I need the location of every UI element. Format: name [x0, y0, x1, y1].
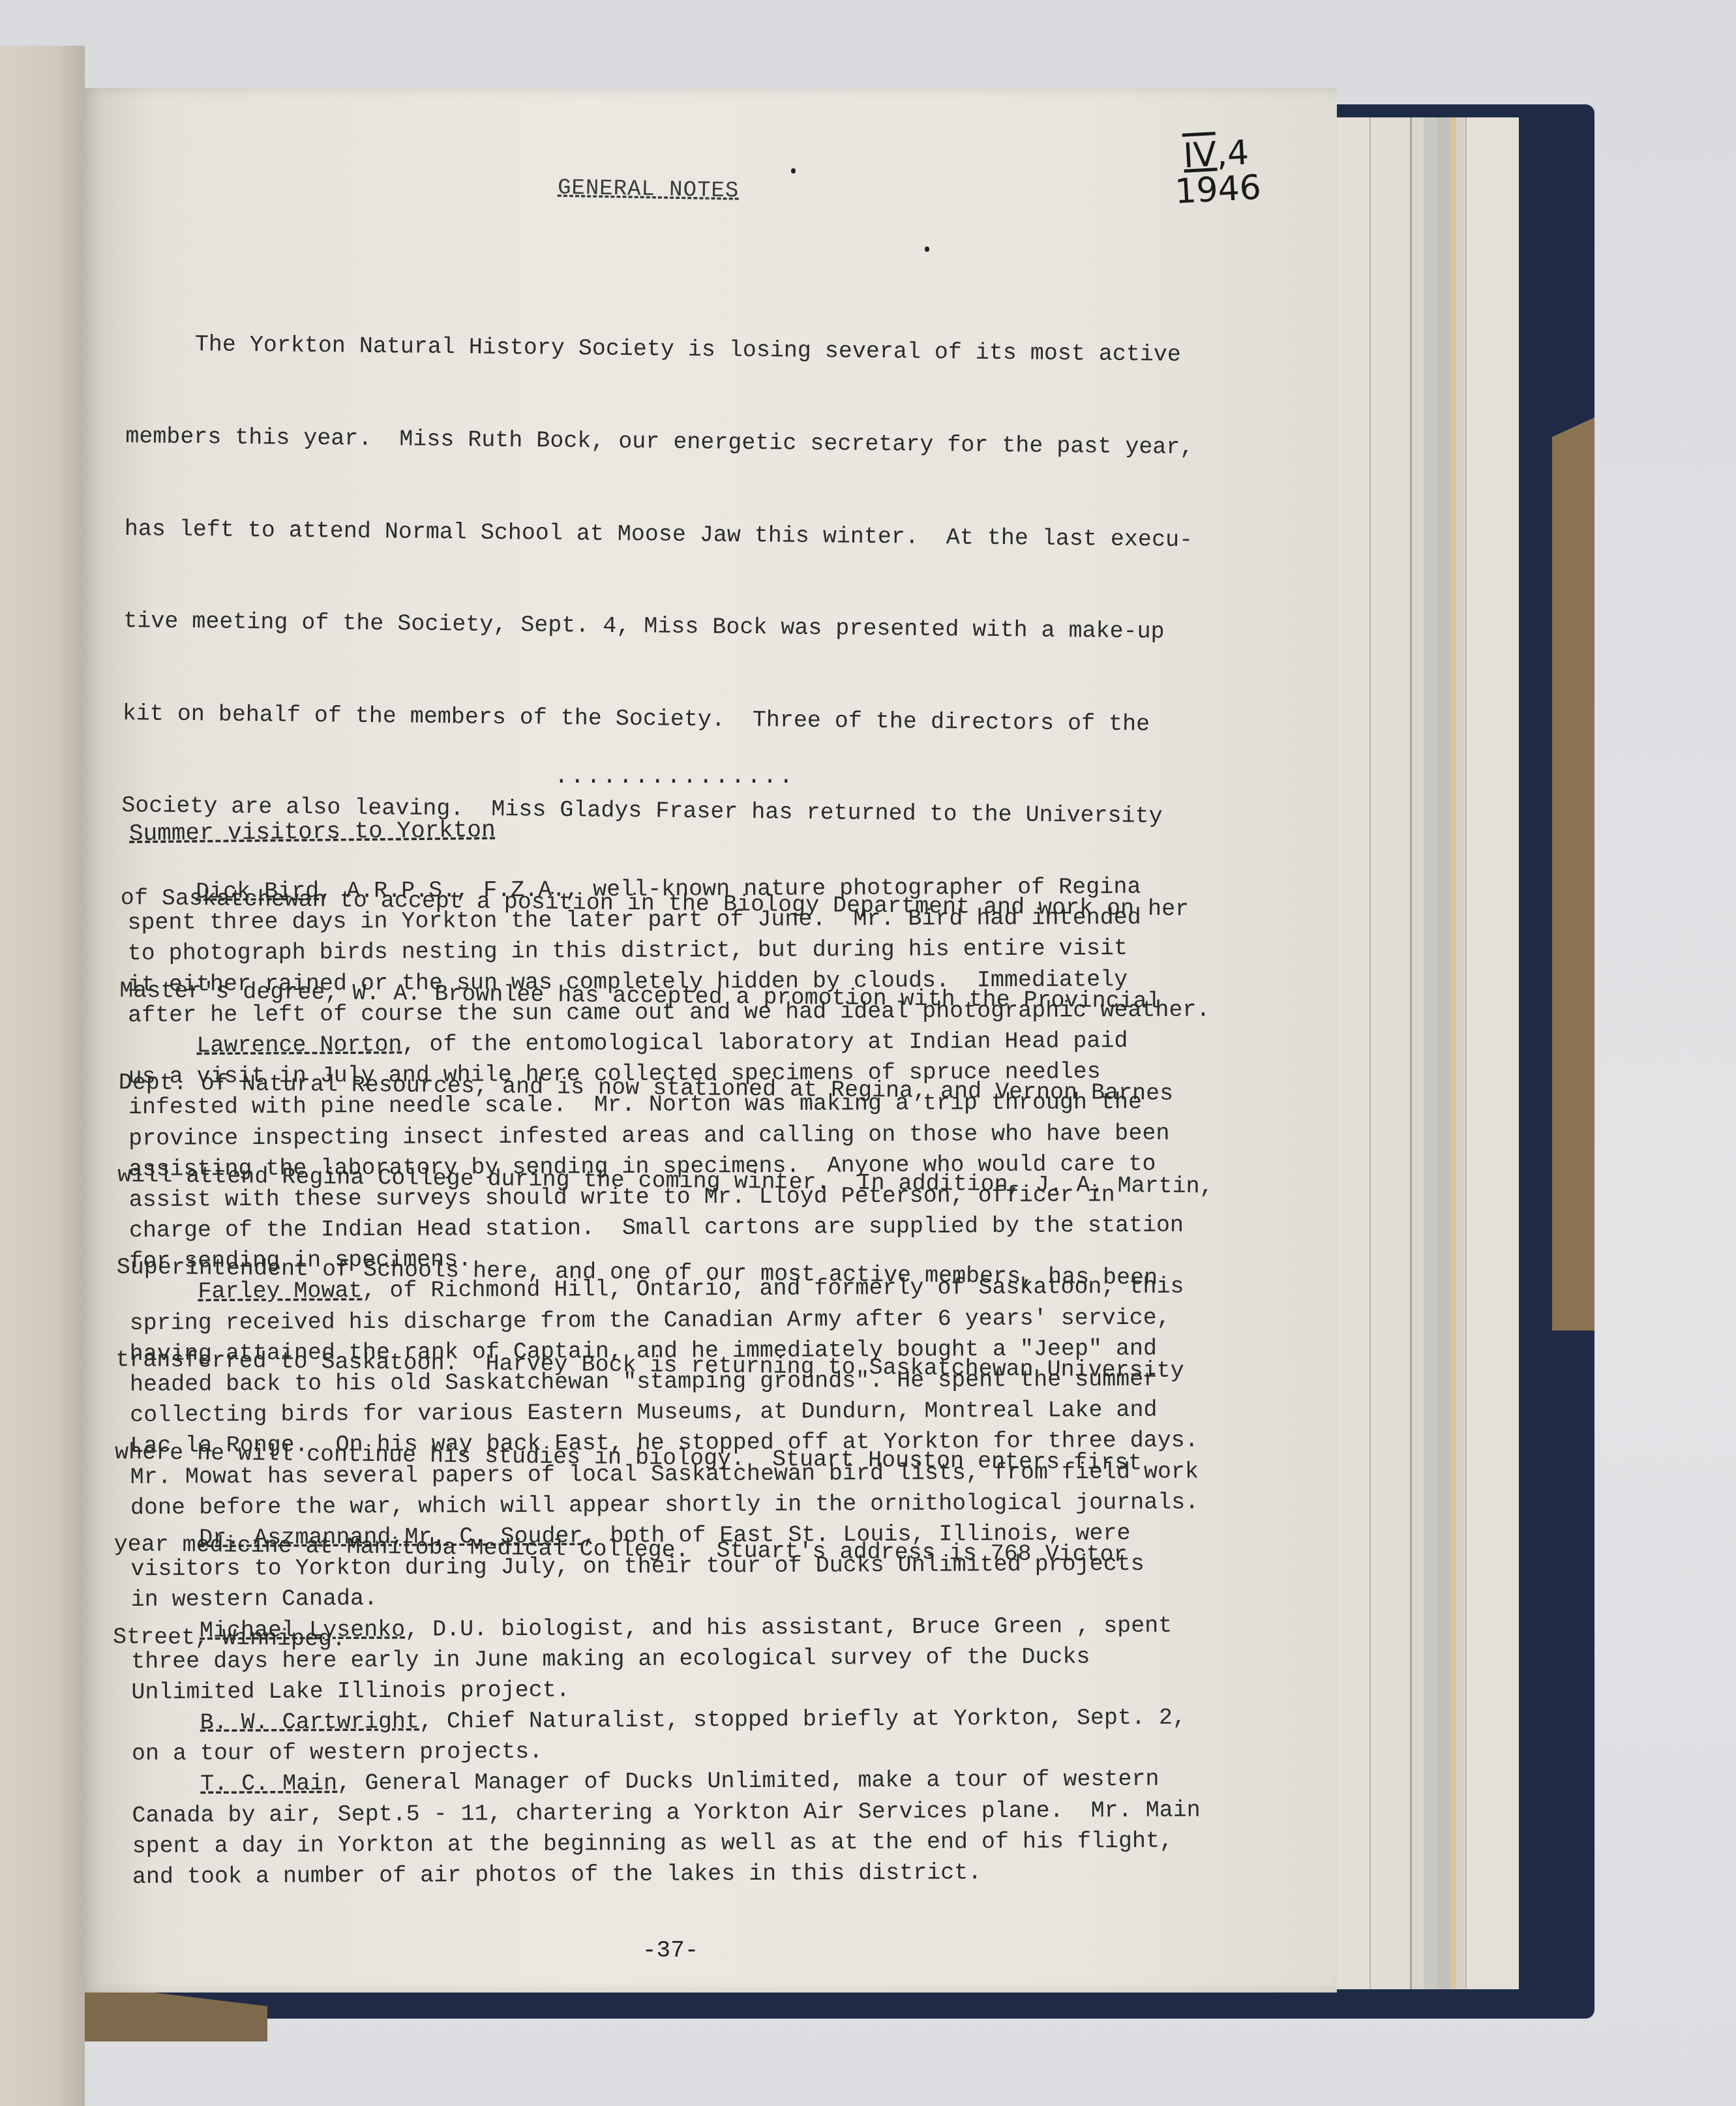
visitor-entry: T. C. Main, General Manager of Ducks Unl…	[132, 1764, 1274, 1893]
visitor-description: , General Manager of Ducks Unlimited, ma…	[337, 1766, 1159, 1797]
visitor-description: , of the entomological laboratory at Ind…	[402, 1028, 1128, 1058]
facing-page-left	[0, 46, 85, 2106]
text-line: B. W. Cartwright, Chief Naturalist, stop…	[132, 1702, 1273, 1739]
page-heading: GENERAL NOTES	[558, 176, 740, 204]
visitor-entry: Michael Lysenko, D.U. biologist, and his…	[131, 1610, 1273, 1708]
text-line: has left to attend Normal School at Moos…	[125, 514, 1266, 557]
annotation-issue: 4	[1226, 133, 1250, 173]
visitor-description: , D.U. biologist, and his assistant, Bru…	[405, 1612, 1172, 1642]
visitor-description: , of Richmond Hill, Ontario, and formerl…	[362, 1274, 1184, 1304]
visitor-entry: Farley Mowat, of Richmond Hill, Ontario,…	[129, 1271, 1272, 1524]
text-line: charge of the Indian Head station. Small…	[129, 1210, 1270, 1246]
visitor-name: T. C. Main	[200, 1771, 337, 1798]
visitor-entry: Dick Bird, A.R.P.S., F.Z.A., well-known …	[127, 871, 1269, 1031]
visitor-description: , A.R.P.S., F.Z.A., well-known nature ph…	[319, 874, 1141, 905]
text-line: Michael Lysenko, D.U. biologist, and his…	[131, 1610, 1272, 1646]
text-line: Farley Mowat, of Richmond Hill, Ontario,…	[129, 1271, 1270, 1308]
visitor-description: , both of East St. Louis, Illinois, were	[582, 1520, 1130, 1549]
visitor-name: Michael Lysenko	[200, 1616, 405, 1644]
visitor-name: Dick Bird	[196, 878, 319, 905]
text-line: members this year. Miss Ruth Bock, our e…	[125, 421, 1266, 464]
visitor-entry: Dr. Aszmannand,Mr. C. Souder, both of Ea…	[130, 1518, 1272, 1616]
visitor-name: Dr. Aszmannand,Mr. C. Souder	[199, 1523, 582, 1551]
section-title: Summer visitors to Yorkton	[129, 817, 496, 847]
annotation-volume: IV	[1182, 135, 1218, 176]
text-line: Lac la Ronge. On his way back East, he s…	[130, 1425, 1271, 1462]
handwritten-annotation: IV,4 1946	[1172, 135, 1262, 210]
text-line: tive meeting of the Society, Sept. 4, Mi…	[123, 606, 1265, 649]
text-line: and took a number of air photos of the l…	[132, 1856, 1274, 1893]
text-line: spent a day in Yorkton at the beginning …	[132, 1826, 1274, 1862]
text-line: T. C. Main, General Manager of Ducks Unl…	[132, 1764, 1273, 1800]
text-line: The Yorkton Natural History Society is l…	[127, 329, 1268, 372]
visitor-entry: B. W. Cartwright, Chief Naturalist, stop…	[132, 1702, 1273, 1770]
text-line: visitors to Yorkton during July, on thei…	[130, 1548, 1272, 1585]
ink-speck	[791, 168, 796, 173]
visitor-name: B. W. Cartwright	[200, 1709, 419, 1736]
visitor-description: , Chief Naturalist, stopped briefly at Y…	[419, 1705, 1186, 1735]
text-line: infested with pine needle scale. Mr. Nor…	[128, 1087, 1270, 1123]
visitor-name: Lawrence Norton	[196, 1032, 402, 1059]
text-line: to photograph birds nesting in this dist…	[127, 933, 1268, 969]
text-line: kit on behalf of the members of the Soci…	[123, 699, 1264, 742]
section-separator: ...............	[554, 763, 795, 790]
ink-speck	[925, 247, 929, 252]
page-number: -37-	[642, 1937, 698, 1964]
visitor-entry: Lawrence Norton, of the entomological la…	[128, 1025, 1270, 1278]
annotation-year: 1946	[1174, 170, 1262, 210]
visitor-name: Farley Mowat	[198, 1278, 362, 1305]
page-stack-edges	[1330, 117, 1559, 1989]
visitors-list: Dick Bird, A.R.P.S., F.Z.A., well-known …	[127, 871, 1274, 1893]
